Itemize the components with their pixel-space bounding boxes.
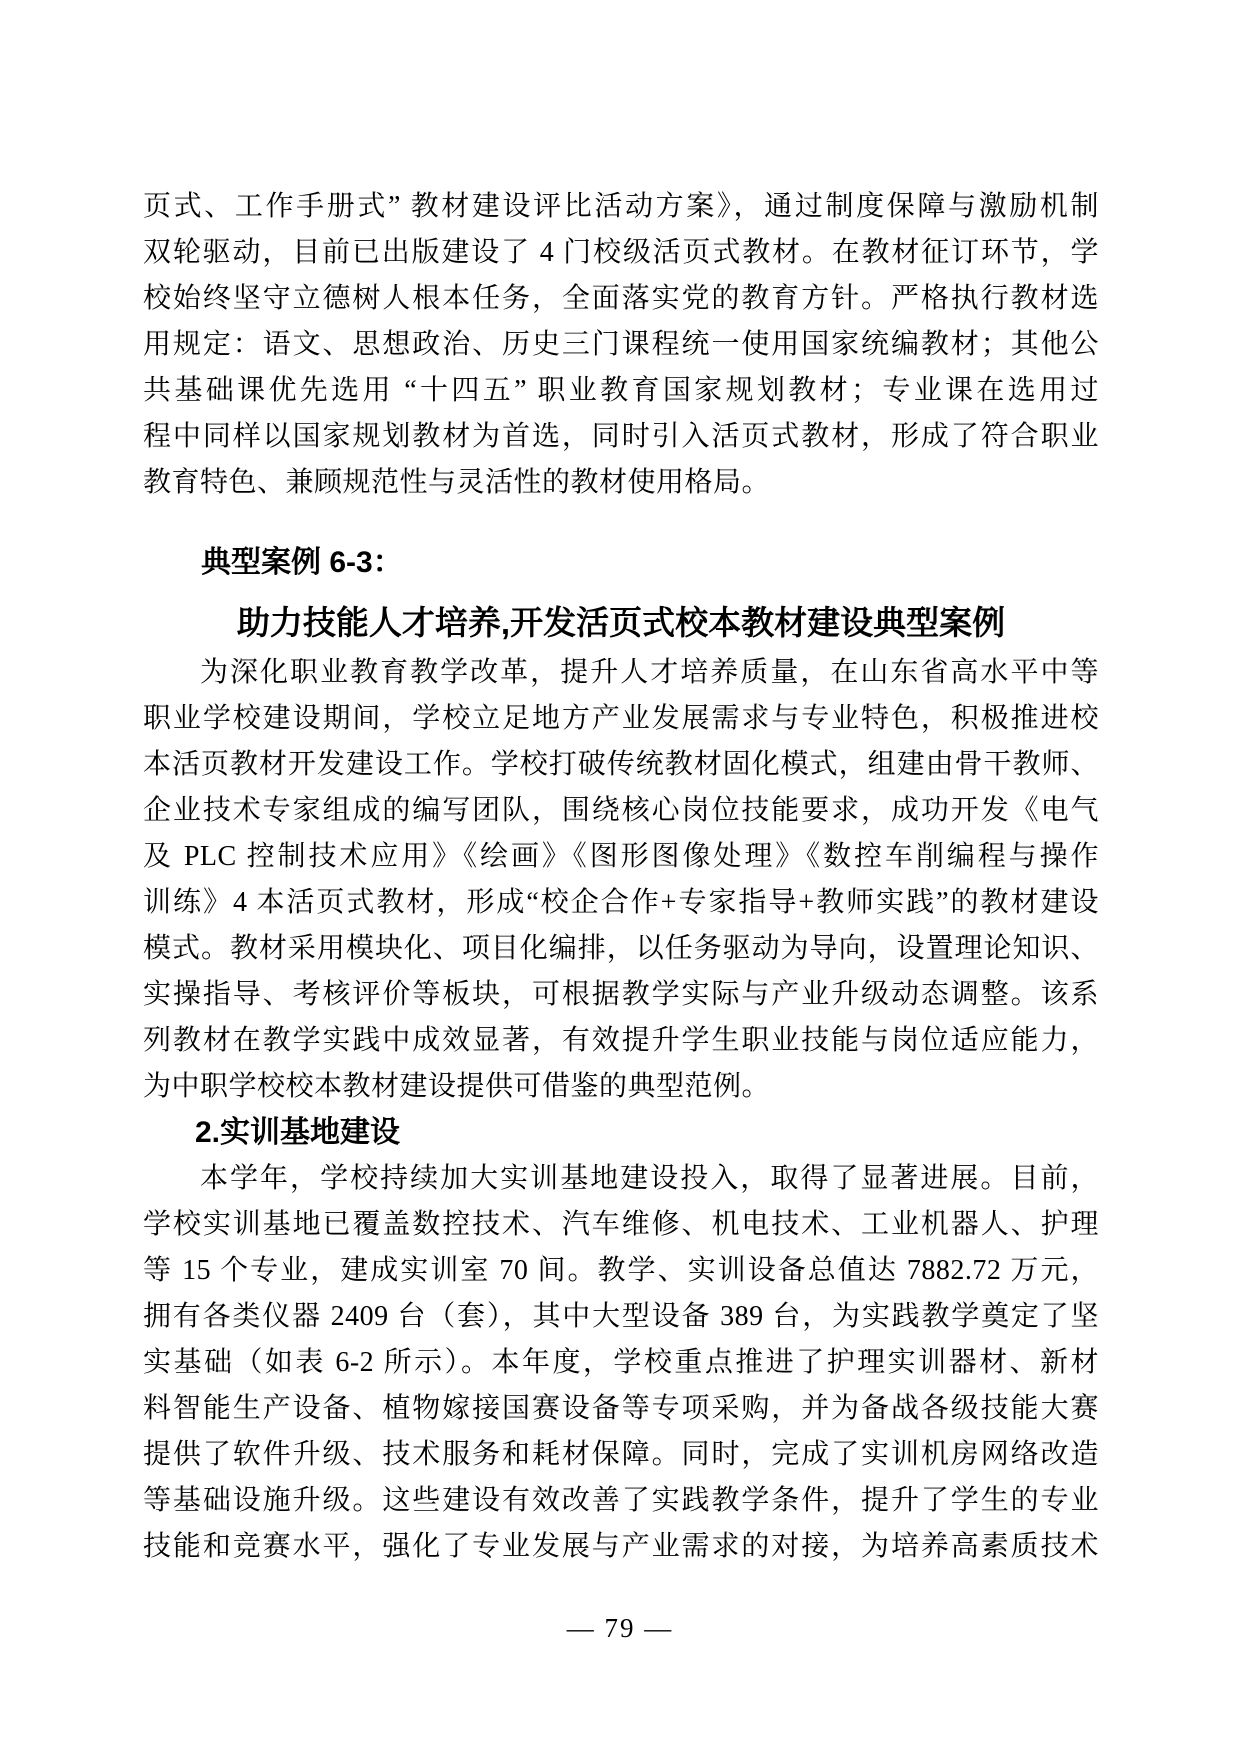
text-line: 企业技术专家组成的编写团队，围绕核心岗位技能要求，成功开发《电气 bbox=[143, 788, 1099, 834]
text-line: 校始终坚守立德树人根本任务，全面落实党的教育方针。严格执行教材选 bbox=[143, 276, 1099, 322]
text-line: 提供了软件升级、技术服务和耗材保障。同时，完成了实训机房网络改造 bbox=[143, 1432, 1099, 1478]
case-study-label: 典型案例 6-3： bbox=[201, 540, 1099, 586]
text-line: 拥有各类仪器 2409 台（套），其中大型设备 389 台，为实践教学奠定了坚 bbox=[143, 1294, 1099, 1340]
text-line: 技能和竞赛水平，强化了专业发展与产业需求的对接，为培养高素质技术 bbox=[143, 1524, 1099, 1570]
text-line: 页式、工作手册式” 教材建设评比活动方案》，通过制度保障与激励机制 bbox=[143, 184, 1099, 230]
text-line: 学校实训基地已覆盖数控技术、汽车维修、机电技术、工业机器人、护理 bbox=[143, 1202, 1099, 1248]
text-line: 等基础设施升级。这些建设有效改善了实践教学条件，提升了学生的专业 bbox=[143, 1478, 1099, 1524]
text-line: 为中职学校校本教材建设提供可借鉴的典型范例。 bbox=[143, 1064, 1099, 1110]
text-line: 等 15 个专业，建成实训室 70 间。教学、实训设备总值达 7882.72 万… bbox=[143, 1248, 1099, 1294]
text-line: 训练》4 本活页式教材，形成“校企合作+专家指导+教师实践”的教材建设 bbox=[143, 880, 1099, 926]
page-number: — 79 — bbox=[567, 1613, 674, 1643]
text-line: 为深化职业教育教学改革，提升人才培养质量，在山东省高水平中等 bbox=[143, 650, 1099, 696]
page-content: 页式、工作手册式” 教材建设评比活动方案》，通过制度保障与激励机制双轮驱动，目前… bbox=[143, 184, 1099, 1570]
paragraph-textbook-policy: 页式、工作手册式” 教材建设评比活动方案》，通过制度保障与激励机制双轮驱动，目前… bbox=[143, 184, 1099, 506]
text-line: 及 PLC 控制技术应用》《绘画》《图形图像处理》《数控车削编程与操作 bbox=[143, 834, 1099, 880]
text-line: 用规定：语文、思想政治、历史三门课程统一使用国家统编教材；其他公 bbox=[143, 322, 1099, 368]
text-line: 料智能生产设备、植物嫁接国赛设备等专项采购，并为备战各级技能大赛 bbox=[143, 1386, 1099, 1432]
text-line: 本学年，学校持续加大实训基地建设投入，取得了显著进展。目前， bbox=[143, 1156, 1099, 1202]
section-heading-training-base: 2.实训基地建设 bbox=[195, 1110, 1099, 1156]
text-line: 教育特色、兼顾规范性与灵活性的教材使用格局。 bbox=[143, 460, 1099, 506]
text-line: 模式。教材采用模块化、项目化编排，以任务驱动为导向，设置理论知识、 bbox=[143, 926, 1099, 972]
text-line: 职业学校建设期间，学校立足地方产业发展需求与专业特色，积极推进校 bbox=[143, 696, 1099, 742]
page-footer: — 79 — bbox=[0, 1608, 1240, 1648]
text-line: 列教材在教学实践中成效显著，有效提升学生职业技能与岗位适应能力， bbox=[143, 1018, 1099, 1064]
text-line: 实操指导、考核评价等板块，可根据教学实际与产业升级动态调整。该系 bbox=[143, 972, 1099, 1018]
text-line: 程中同样以国家规划教材为首选，同时引入活页式教材，形成了符合职业 bbox=[143, 414, 1099, 460]
text-line: 共基础课优先选用 “十四五” 职业教育国家规划教材；专业课在选用过 bbox=[143, 368, 1099, 414]
text-line: 双轮驱动，目前已出版建设了 4 门校级活页式教材。在教材征订环节，学 bbox=[143, 230, 1099, 276]
document-page: 页式、工作手册式” 教材建设评比活动方案》，通过制度保障与激励机制双轮驱动，目前… bbox=[0, 0, 1240, 1753]
case-study-title: 助力技能人才培养,开发活页式校本教材建设典型案例 bbox=[143, 598, 1099, 648]
paragraph-case-study-body: 为深化职业教育教学改革，提升人才培养质量，在山东省高水平中等职业学校建设期间，学… bbox=[143, 650, 1099, 1110]
text-line: 实基础（如表 6-2 所示）。本年度，学校重点推进了护理实训器材、新材 bbox=[143, 1340, 1099, 1386]
text-line: 本活页教材开发建设工作。学校打破传统教材固化模式，组建由骨干教师、 bbox=[143, 742, 1099, 788]
paragraph-training-base-body: 本学年，学校持续加大实训基地建设投入，取得了显著进展。目前，学校实训基地已覆盖数… bbox=[143, 1156, 1099, 1570]
